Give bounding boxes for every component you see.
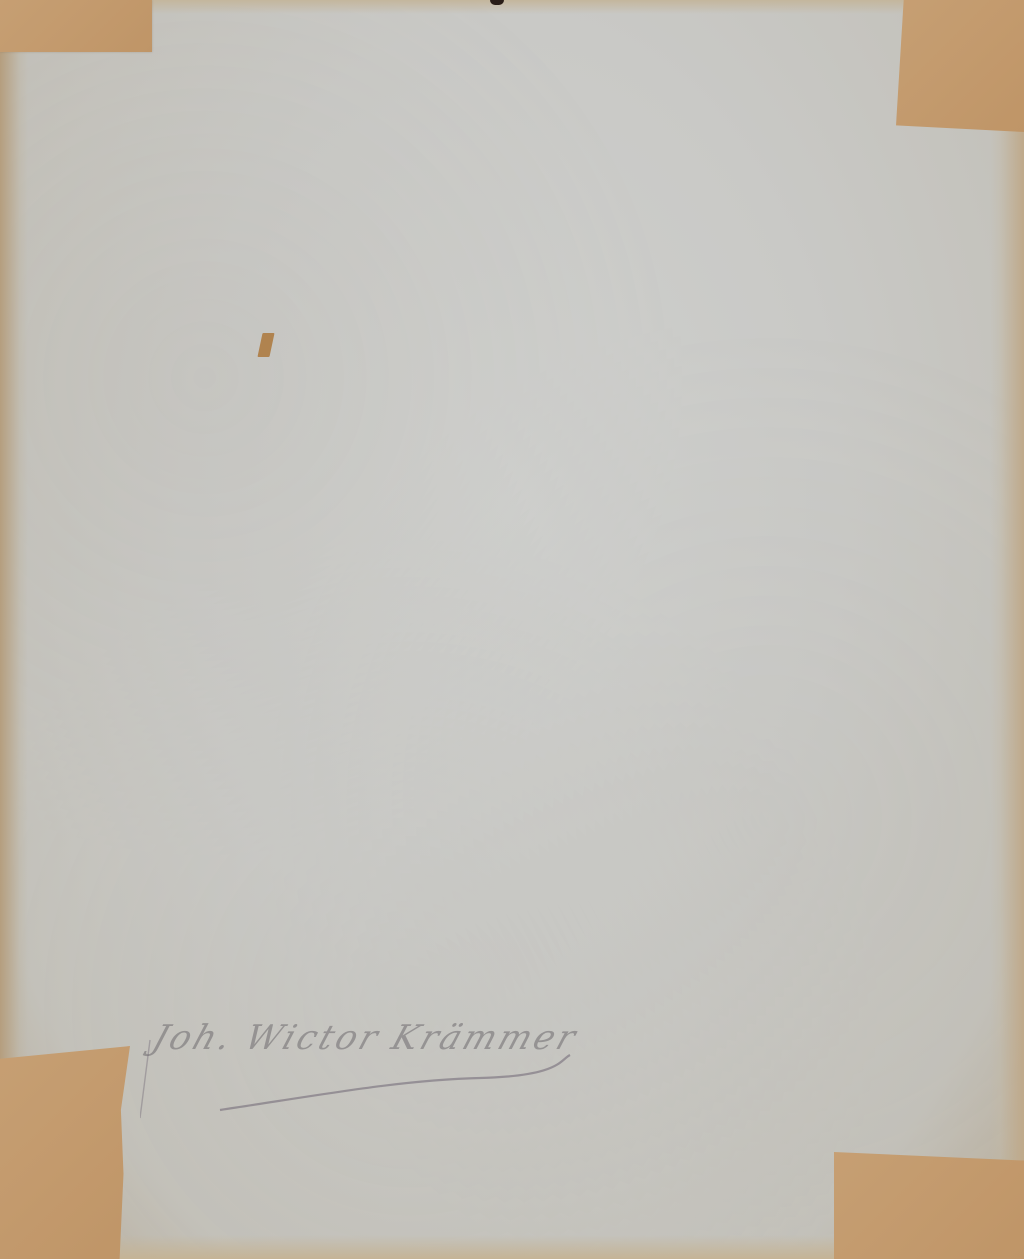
paper-back-photo: Joh. Wictor Krämmer	[0, 0, 1024, 1259]
tape-top-left	[0, 0, 152, 52]
signature-underline	[140, 1000, 600, 1120]
tape-bottom-right	[834, 1152, 1024, 1259]
tape-bottom-left	[0, 1046, 130, 1259]
tape-top-right	[896, 0, 1024, 132]
pencil-signature: Joh. Wictor Krämmer	[140, 1000, 600, 1120]
paper-edge-right	[990, 0, 1024, 1259]
paper-edge-top	[0, 0, 1024, 14]
